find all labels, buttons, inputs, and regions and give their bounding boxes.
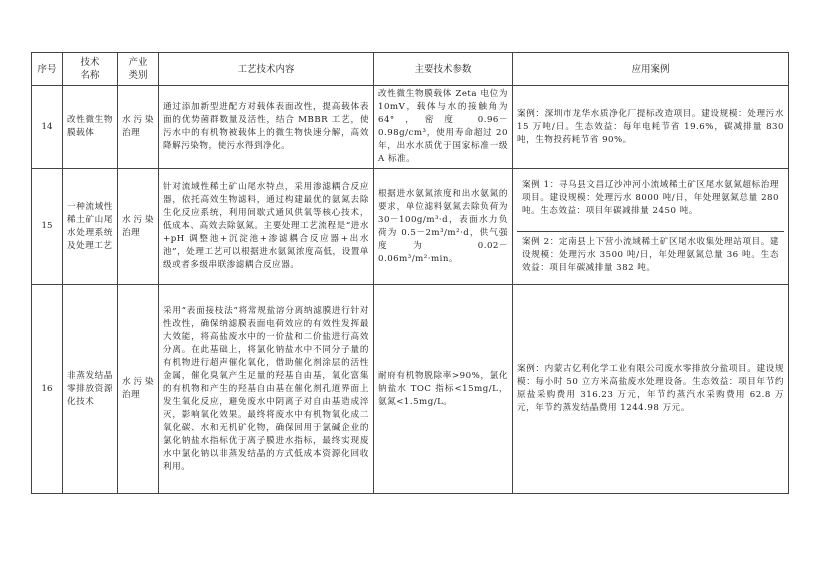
row-params: 耐府有机物脱除率>90%，氯化钠盐水 TOC 指标<15mg/L，氨氮<1.5m… [374, 285, 513, 494]
header-industry-label: 产业 类别 [128, 57, 147, 81]
row-tech-name: 非蒸发结晶零排放资源化技术 [63, 285, 118, 494]
row-industry: 水污染治理 [118, 86, 159, 169]
table-row: 14 改性微生物膜载体 水污染治理 通过添加新型进配方对载体表面改性，提高载体表… [32, 86, 789, 169]
header-index: 序号 [32, 53, 63, 86]
row-case: 案例：深圳市龙华水质净化厂提标改造项目。建设规模：处理污水 15 万吨/日。生态… [513, 86, 789, 169]
row-industry: 水污染治理 [118, 169, 159, 285]
table-row: 15 一种流域性稀土矿山尾水处理系统及处理工艺 水污染治理 针对流域性稀土矿山尾… [32, 169, 789, 285]
row-process: 通过添加新型进配方对载体表面改性，提高载体表面的优势菌群数量及活性，结合 MBB… [159, 86, 374, 169]
table-row: 16 非蒸发结晶零排放资源化技术 水污染治理 采用“表面接枝法”将常规盐溶分离纳… [32, 285, 789, 494]
row-cases: 案例 1：寻乌县文昌辽沙冲河小流域稀土矿区尾水氨氮超标治理项目。建设规模：处理污… [513, 169, 789, 285]
row-index: 14 [32, 86, 63, 169]
row-process: 针对流域性稀土矿山尾水特点，采用渗滤耦合反应器，依托高效生物滤料，通过构建最优的… [159, 169, 374, 285]
row-index: 15 [32, 169, 63, 285]
row-tech-name: 一种流域性稀土矿山尾水处理系统及处理工艺 [63, 169, 118, 285]
case-1: 案例 1：寻乌县文昌辽沙冲河小流域稀土矿区尾水氨氮超标治理项目。建设规模：处理污… [517, 175, 784, 231]
header-params: 主要技术参数 [374, 53, 513, 86]
row-params: 根据进水氨氮浓度和出水氨氮的要求，单位滤料氨氮去除负荷为 30－100g/m³·… [374, 169, 513, 285]
row-industry: 水污染治理 [118, 285, 159, 494]
case-2: 案例 2：定南县上下营小流域稀土矿区尾水收集处理站项目。建设规模：处理污水 35… [517, 231, 784, 279]
row-params: 改性微生物膜载体 Zeta 电位为 10mV，载体与水的接触角为 64°，密度 … [374, 86, 513, 169]
header-tech-name: 技术 名称 [63, 53, 118, 86]
header-industry: 产业 类别 [118, 53, 159, 86]
header-cases: 应用案例 [513, 53, 789, 86]
row-case: 案例：内蒙古亿利化学工业有限公司废水零排放分盐项目。建设规模：每小时 50 立方… [513, 285, 789, 494]
technology-table: 序号 技术 名称 产业 类别 工艺技术内容 主要技术参数 应用案例 14 改性微… [31, 52, 789, 494]
table-header-row: 序号 技术 名称 产业 类别 工艺技术内容 主要技术参数 应用案例 [32, 53, 789, 86]
header-tech-name-label: 技术 名称 [80, 57, 99, 81]
row-tech-name: 改性微生物膜载体 [63, 86, 118, 169]
header-process: 工艺技术内容 [159, 53, 374, 86]
row-index: 16 [32, 285, 63, 494]
row-process: 采用“表面接枝法”将常规盐溶分离纳滤膜进行针对性改性，确保纳滤膜表面电荷效应的有… [159, 285, 374, 494]
